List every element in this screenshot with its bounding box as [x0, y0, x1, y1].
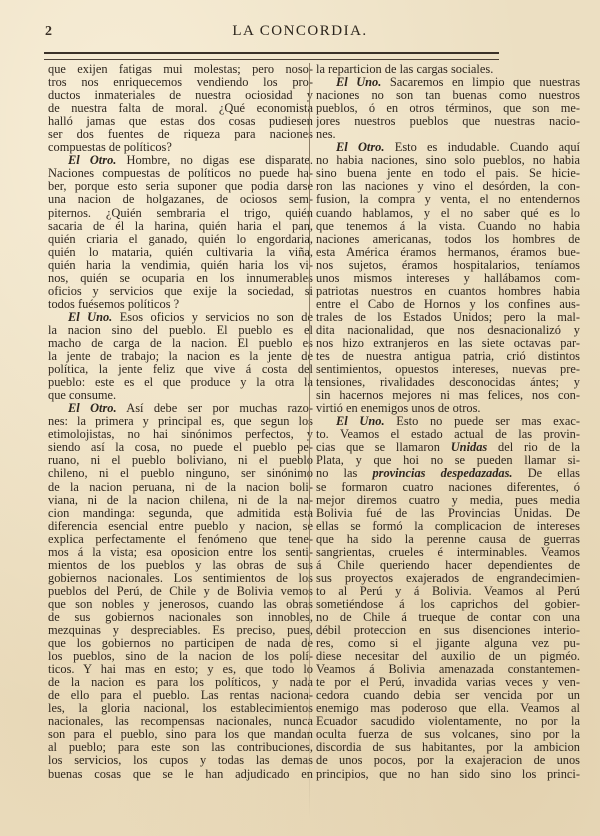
text-line: principios, que no han sido sino los pri…	[316, 768, 580, 781]
line-text: se formaron cuatro naciones diferentes, …	[316, 481, 580, 494]
line-text: al pueblo; para este son las contribucio…	[48, 741, 313, 754]
line-text: Sacaremos en limpio que nuestras	[381, 76, 580, 89]
line-text: siendo así la cosa, no puede el pueblo p…	[48, 441, 313, 454]
line-text: fusion, la compra y venta, el no entende…	[316, 193, 580, 206]
line-text: compuestas de políticos?	[48, 141, 172, 154]
line-text: pueblo: este es el que produce y la otra…	[48, 376, 313, 389]
text-line: nos hizo extranjeros en las siete octava…	[316, 337, 580, 350]
text-line: no las provincias despedazadas. De ellas	[316, 467, 580, 480]
text-line: res, como si el jigante alguna vez pu-	[316, 637, 580, 650]
line-text: macho de carga de la nacion. El pueblo e…	[48, 337, 313, 350]
line-text: sus proyectos exajerados de engrandecimi…	[316, 572, 580, 585]
line-text: Así debe ser por muchas razo-	[117, 402, 313, 415]
line-text: que son nobles y jenerosos, cuando las o…	[48, 598, 313, 611]
line-text: to al Perú y á Bolivia. Veamos al Perú	[316, 585, 580, 598]
line-text: que ha sido la perenne causa de guerras	[316, 533, 580, 546]
text-line: etimolojistas, no hai sinónimos perfecto…	[48, 428, 313, 441]
line-text: Bolivia fué de las Provincias Unidas. De	[316, 507, 580, 520]
text-line: nos, quién se ocuparia en los innumerabl…	[48, 272, 313, 285]
text-line: Plata, y que hoi no se pueden llamar si-	[316, 454, 580, 467]
text-line: cion mandinga: segunda, que admitida est…	[48, 507, 313, 520]
text-line: quién lo mataria, quién cultivaria la vi…	[48, 246, 313, 259]
text-line: cuando hablamos, y el no saber qué es lo	[316, 207, 580, 220]
line-text: ruano, ni el pueblo boliviano, ni el pue…	[48, 454, 313, 467]
text-line: tes de nuestra antigua patria, crió dist…	[316, 350, 580, 363]
text-line: mos á la vista; esa oposicion entre los …	[48, 546, 313, 559]
text-line: entre el Cabo de Hornos y los confines a…	[316, 298, 580, 311]
text-line: oculta fuerza de sus volcanes, sino por …	[316, 728, 580, 741]
line-text: los servicios, los cupos y todas las dem…	[48, 754, 313, 767]
text-line: quién haria la vendimia, quién haria los…	[48, 259, 313, 272]
line-text: diferencia esencial entre pueblo y nacio…	[48, 520, 313, 533]
line-text: nacionales, las recompensas nacionales, …	[48, 715, 313, 728]
line-text: nes: la primera y principal es, que segu…	[48, 415, 313, 428]
line-text: pueblos del Perú, de Chile y de Bolivia …	[48, 585, 313, 598]
text-line: El Uno. Sacaremos en limpio que nuestras	[316, 76, 580, 89]
text-line: la reparticion de las cargas sociales.	[316, 63, 580, 76]
text-line: que tenemos á la vista. Cuando no habia	[316, 220, 580, 233]
line-text: De ellas	[513, 467, 580, 480]
text-line: los servicios, los cupos y todas las dem…	[48, 754, 313, 767]
line-text: chileno, ni el pueblo ninguno, ser sinón…	[48, 467, 313, 480]
line-text: enemigo mas poderoso que ella. Veamos al	[316, 702, 580, 715]
line-text: ser dos fuentes de riqueza para naciones	[48, 128, 313, 141]
text-line: que consume.	[48, 389, 313, 402]
text-line: nos sujetos, éramos hospitalarios, tenía…	[316, 259, 580, 272]
line-text: naciones americanas, todos los hombres d…	[316, 233, 580, 246]
line-text: entre el Cabo de Hornos y los confines a…	[316, 298, 580, 311]
text-line: cedora cuando debia ser vencida por un	[316, 689, 580, 702]
text-line: pueblos, ó en otros términos, que son me…	[316, 102, 580, 115]
line-text: una nacion de holgazanes, de ociosos sem…	[48, 193, 313, 206]
line-text: sometiéndose á los caprichos del gobier-	[316, 598, 580, 611]
line-text: gobiernos nacionales. Los sentimientos d…	[48, 572, 313, 585]
line-text: sentimientos, opuestos intereses, nuevas…	[316, 363, 580, 376]
text-line: sacaria de él la harina, quién haria el …	[48, 220, 313, 233]
text-line: piternos. ¿Quién sembraria el trigo, qui…	[48, 207, 313, 220]
text-line: naciones americanas, todos los hombres d…	[316, 233, 580, 246]
line-text: no de Chile á trueque de contar con una	[316, 611, 580, 624]
line-text: sacaria de él la harina, quién haria el …	[48, 220, 313, 233]
emphasized-text: Unidas	[451, 441, 488, 454]
emphasized-text: provincias despedazadas.	[372, 467, 512, 480]
line-text: tes de nuestra antigua patria, crió dist…	[316, 350, 580, 363]
text-line: ruano, ni el pueblo boliviano, ni el pue…	[48, 454, 313, 467]
line-text: Esto es indudable. Cuando aquí	[384, 141, 580, 154]
text-line: al pueblo; para este son las contribucio…	[48, 741, 313, 754]
line-text: sino buena jente en todo el pais. Se hic…	[316, 167, 580, 180]
line-text: no las	[316, 467, 372, 480]
line-text: Hombre, no digas ese disparate.	[116, 154, 313, 167]
text-line: no habia naciones, sino solo pueblos, no…	[316, 154, 580, 167]
line-text: tros nos enriquecemos vendiendo los pro-	[48, 76, 313, 89]
text-line: sus proyectos exajerados de engrandecimi…	[316, 572, 580, 585]
text-line: de la nacion es para los políticos, y na…	[48, 676, 313, 689]
text-line: todos fuésemos políticos ?	[48, 298, 313, 311]
text-line: de unos pocos, por la exajeracion de uno…	[316, 754, 580, 767]
text-line: sin hacernos mejores ni mas felices, nos…	[316, 389, 580, 402]
text-line: El Otro. Esto es indudable. Cuando aquí	[316, 141, 580, 154]
line-text: Naciones compuestas de políticos no pued…	[48, 167, 313, 180]
line-text: á Chile queriendo hacer dependientes de	[316, 559, 580, 572]
text-line: nes.	[316, 128, 580, 141]
line-text: halló jamas que estas dos cosas pudiesen	[48, 115, 313, 128]
line-text: que los gobiernos no participen de nada …	[48, 637, 313, 650]
text-line: pueblo: este es el que produce y la otra…	[48, 376, 313, 389]
line-text: cedora cuando debia ser vencida por un	[316, 689, 580, 702]
text-line: discordia de sus habitantes, por la ambi…	[316, 741, 580, 754]
text-line: de nuestra falta de moral. ¿Qué economis…	[48, 102, 313, 115]
line-text: piternos. ¿Quién sembraria el trigo, qui…	[48, 207, 313, 220]
line-text: de la nacion es para los políticos, y na…	[48, 676, 313, 689]
line-text: de sus gobiernos nacionales son innobles…	[48, 611, 313, 624]
text-line: halló jamas que estas dos cosas pudiesen	[48, 115, 313, 128]
line-text: del rio de la	[487, 441, 580, 454]
text-line: macho de carga de la nacion. El pueblo e…	[48, 337, 313, 350]
text-line: gobiernos nacionales. Los sentimientos d…	[48, 572, 313, 585]
line-text: buenas cosas que se le han adjudicado en	[48, 768, 313, 781]
text-line: ellas se formó la complicacion de intere…	[316, 520, 580, 533]
text-line: débil proteccion en sus disenciones inte…	[316, 624, 580, 637]
text-line: naciones no son tan buenas como nuestros	[316, 89, 580, 102]
line-text: ron las naciones y vino el desórden, la …	[316, 180, 580, 193]
line-text: oculta fuerza de sus volcanes, sino por …	[316, 728, 580, 741]
text-line: ductos inmateriales de nuestra ociosidad…	[48, 89, 313, 102]
line-text: esta América éramos hermanos, éramos bue…	[316, 246, 580, 259]
line-text: explica perfectamente el fenómeno que te…	[48, 533, 313, 546]
line-text: mos á la vista; esa oposicion entre los …	[48, 546, 313, 559]
right-column: la reparticion de las cargas sociales.El…	[316, 63, 580, 781]
text-line: les, la gloria nacional, los establecimi…	[48, 702, 313, 715]
text-columns: que exijen fatigas mui molestas; pero no…	[41, 63, 581, 823]
speaker-label: El Uno.	[336, 415, 385, 428]
line-text: nes.	[316, 128, 336, 141]
line-text: la nacion sino del pueblo. El pueblo es …	[48, 324, 313, 337]
text-line: diferencia esencial entre pueblo y nacio…	[48, 520, 313, 533]
line-text: te por el Perú, invadida varias veces y …	[316, 676, 580, 689]
text-line: trales de los Estados Unidos; pero la ma…	[316, 311, 580, 324]
text-line: sentimientos, opuestos intereses, nuevas…	[316, 363, 580, 376]
line-text: Plata, y que hoi no se pueden llamar si-	[316, 454, 580, 467]
line-text: tensiones, rivalidades desconocidas ánte…	[316, 376, 580, 389]
text-line: El Otro. Así debe ser por muchas razo-	[48, 402, 313, 415]
line-text: ductos inmateriales de nuestra ociosidad…	[48, 89, 313, 102]
text-line: Ecuador sacudido violentamente, no por l…	[316, 715, 580, 728]
line-text: virtió en enemigos unos de otros.	[316, 402, 481, 415]
line-text: Ecuador sacudido violentamente, no por l…	[316, 715, 580, 728]
line-text: la jente de trabajo; la nacion es la jen…	[48, 350, 313, 363]
line-text: débil proteccion en sus disenciones inte…	[316, 624, 580, 637]
text-line: mejor diremos cuatro y media, pues media	[316, 494, 580, 507]
text-line: mezquinas y despreciables. Es preciso, p…	[48, 624, 313, 637]
line-text: ber, porque esto seria suponer que podia…	[48, 180, 313, 193]
speaker-label: El Otro.	[68, 402, 117, 415]
text-line: los pueblos, sino de la nacion de los po…	[48, 650, 313, 663]
line-text: ticos. Y hai mas en esto; y es, que todo…	[48, 663, 313, 676]
newspaper-page: 2 LA CONCORDIA. que exijen fatigas mui m…	[0, 0, 600, 836]
text-line: se formaron cuatro naciones diferentes, …	[316, 481, 580, 494]
line-text: discordia de sus habitantes, por la ambi…	[316, 741, 580, 754]
text-line: que ha sido la perenne causa de guerras	[316, 533, 580, 546]
line-text: los pueblos, sino de la nacion de los po…	[48, 650, 313, 663]
text-line: de sus gobiernos nacionales son innobles…	[48, 611, 313, 624]
text-line: unos mismos intereses y hallábamos com-	[316, 272, 580, 285]
line-text: quién criaria el ganado, quién lo engord…	[48, 233, 313, 246]
text-line: jores nuestros pueblos que nuestras naci…	[316, 115, 580, 128]
line-text: de unos pocos, por la exajeracion de uno…	[316, 754, 580, 767]
text-line: to. Veamos el estado actual de las provi…	[316, 428, 580, 441]
text-line: viana, ni de la nacion chilena, ni de la…	[48, 494, 313, 507]
column-divider	[309, 63, 310, 818]
text-line: nes: la primera y principal es, que segu…	[48, 415, 313, 428]
text-line: patriotas nuestros en cuantos hombres ha…	[316, 285, 580, 298]
line-text: cias que se llamaron	[316, 441, 451, 454]
line-text: Esto no puede ser mas exac-	[385, 415, 580, 428]
text-line: quién criaria el ganado, quién lo engord…	[48, 233, 313, 246]
text-line: mientos de los pueblos y las obras de su…	[48, 559, 313, 572]
line-text: que consume.	[48, 389, 116, 402]
line-text: to. Veamos el estado actual de las provi…	[316, 428, 580, 441]
line-text: Esos oficios y servicios no son de	[112, 311, 313, 324]
text-line: que los gobiernos no participen de nada …	[48, 637, 313, 650]
text-line: de ello para el pueblo. Las rentas nacio…	[48, 689, 313, 702]
line-text: de la nacion peruana, ni de la nacion bo…	[48, 481, 313, 494]
text-line: ber, porque esto seria suponer que podia…	[48, 180, 313, 193]
text-line: El Uno. Esto no puede ser mas exac-	[316, 415, 580, 428]
masthead-title: LA CONCORDIA.	[30, 23, 570, 40]
line-text: quién haria la vendimia, quién haria los…	[48, 259, 313, 272]
line-text: que tenemos á la vista. Cuando no habia	[316, 220, 580, 233]
line-text: res, como si el jigante alguna vez pu-	[316, 637, 580, 650]
text-line: sometiéndose á los caprichos del gobier-	[316, 598, 580, 611]
text-line: que exijen fatigas mui molestas; pero no…	[48, 63, 313, 76]
text-line: buenas cosas que se le han adjudicado en	[48, 768, 313, 781]
line-text: política, la jente feliz que vive á cost…	[48, 363, 313, 376]
text-line: Bolivia fué de las Provincias Unidas. De	[316, 507, 580, 520]
text-line: dita nacionalidad, que nos desnacionaliz…	[316, 324, 580, 337]
line-text: unos mismos intereses y hallábamos com-	[316, 272, 580, 285]
speaker-label: El Otro.	[336, 141, 384, 154]
line-text: diese necesitar del auxilio de un pigméo…	[316, 650, 580, 663]
text-line: Naciones compuestas de políticos no pued…	[48, 167, 313, 180]
line-text: quién lo mataria, quién cultivaria la vi…	[48, 246, 313, 259]
line-text: ellas se formó la complicacion de intere…	[316, 520, 580, 533]
text-line: de la nacion peruana, ni de la nacion bo…	[48, 481, 313, 494]
text-line: ticos. Y hai mas en esto; y es, que todo…	[48, 663, 313, 676]
text-line: á Chile queriendo hacer dependientes de	[316, 559, 580, 572]
text-line: El Otro. Hombre, no digas ese disparate.	[48, 154, 313, 167]
text-line: explica perfectamente el fenómeno que te…	[48, 533, 313, 546]
line-text: trales de los Estados Unidos; pero la ma…	[316, 311, 580, 324]
line-text: patriotas nuestros en cuantos hombres ha…	[316, 285, 580, 298]
text-line: la jente de trabajo; la nacion es la jen…	[48, 350, 313, 363]
text-line: tensiones, rivalidades desconocidas ánte…	[316, 376, 580, 389]
text-line: sino buena jente en todo el pais. Se hic…	[316, 167, 580, 180]
text-line: El Uno. Esos oficios y servicios no son …	[48, 311, 313, 324]
line-text: dita nacionalidad, que nos desnacionaliz…	[316, 324, 580, 337]
text-line: ser dos fuentes de riqueza para naciones	[48, 128, 313, 141]
text-line: nacionales, las recompensas nacionales, …	[48, 715, 313, 728]
text-line: siendo así la cosa, no puede el pueblo p…	[48, 441, 313, 454]
text-line: compuestas de políticos?	[48, 141, 313, 154]
line-text: mientos de los pueblos y las obras de su…	[48, 559, 313, 572]
left-column: que exijen fatigas mui molestas; pero no…	[48, 63, 313, 781]
page-header: 2 LA CONCORDIA.	[30, 20, 570, 42]
line-text: no habia naciones, sino solo pueblos, no…	[316, 154, 580, 167]
line-text: nos hizo extranjeros en las siete octava…	[316, 337, 580, 350]
text-line: Veamos á Bolivia amenazada constantemen-	[316, 663, 580, 676]
line-text: son para el pueblo, sino para los que ma…	[48, 728, 313, 741]
line-text: viana, ni de la nacion chilena, ni de la…	[48, 494, 313, 507]
text-line: esta América éramos hermanos, éramos bue…	[316, 246, 580, 259]
line-text: sangrientas, crueles é interminables. Ve…	[316, 546, 580, 559]
line-text: de nuestra falta de moral. ¿Qué economis…	[48, 102, 313, 115]
text-line: que son nobles y jenerosos, cuando las o…	[48, 598, 313, 611]
line-text: Veamos á Bolivia amenazada constantemen-	[316, 663, 580, 676]
text-line: sangrientas, crueles é interminables. Ve…	[316, 546, 580, 559]
text-line: enemigo mas poderoso que ella. Veamos al	[316, 702, 580, 715]
line-text: les, la gloria nacional, los establecimi…	[48, 702, 313, 715]
text-line: ron las naciones y vino el desórden, la …	[316, 180, 580, 193]
speaker-label: El Uno.	[68, 311, 112, 324]
text-line: pueblos del Perú, de Chile y de Bolivia …	[48, 585, 313, 598]
line-text: todos fuésemos políticos ?	[48, 298, 179, 311]
text-line: la nacion sino del pueblo. El pueblo es …	[48, 324, 313, 337]
speaker-label: El Otro.	[68, 154, 116, 167]
text-line: oficios y servicios que exije la socieda…	[48, 285, 313, 298]
text-line: no de Chile á trueque de contar con una	[316, 611, 580, 624]
line-text: principios, que no han sido sino los pri…	[316, 768, 580, 781]
header-rule	[44, 52, 499, 60]
text-line: cias que se llamaron Unidas del rio de l…	[316, 441, 580, 454]
text-line: te por el Perú, invadida varias veces y …	[316, 676, 580, 689]
text-line: política, la jente feliz que vive á cost…	[48, 363, 313, 376]
line-text: nos sujetos, éramos hospitalarios, tenía…	[316, 259, 580, 272]
line-text: mejor diremos cuatro y media, pues media	[316, 494, 580, 507]
line-text: la reparticion de las cargas sociales.	[316, 63, 493, 76]
line-text: jores nuestros pueblos que nuestras naci…	[316, 115, 580, 128]
line-text: cion mandinga: segunda, que admitida est…	[48, 507, 313, 520]
line-text: de ello para el pueblo. Las rentas nacio…	[48, 689, 313, 702]
text-line: tros nos enriquecemos vendiendo los pro-	[48, 76, 313, 89]
line-text: que exijen fatigas mui molestas; pero no…	[48, 63, 313, 76]
text-line: son para el pueblo, sino para los que ma…	[48, 728, 313, 741]
line-text: naciones no son tan buenas como nuestros	[316, 89, 580, 102]
line-text: mezquinas y despreciables. Es preciso, p…	[48, 624, 313, 637]
line-text: etimolojistas, no hai sinónimos perfecto…	[48, 428, 313, 441]
line-text: oficios y servicios que exije la socieda…	[48, 285, 313, 298]
line-text: nos, quién se ocuparia en los innumerabl…	[48, 272, 313, 285]
text-line: una nacion de holgazanes, de ociosos sem…	[48, 193, 313, 206]
text-line: chileno, ni el pueblo ninguno, ser sinón…	[48, 467, 313, 480]
line-text: sin hacernos mejores ni mas felices, nos…	[316, 389, 580, 402]
line-text: pueblos, ó en otros términos, que son me…	[316, 102, 580, 115]
text-line: fusion, la compra y venta, el no entende…	[316, 193, 580, 206]
text-line: to al Perú y á Bolivia. Veamos al Perú	[316, 585, 580, 598]
line-text: cuando hablamos, y el no saber qué es lo	[316, 207, 580, 220]
speaker-label: El Uno.	[336, 76, 381, 89]
text-line: diese necesitar del auxilio de un pigméo…	[316, 650, 580, 663]
text-line: virtió en enemigos unos de otros.	[316, 402, 580, 415]
